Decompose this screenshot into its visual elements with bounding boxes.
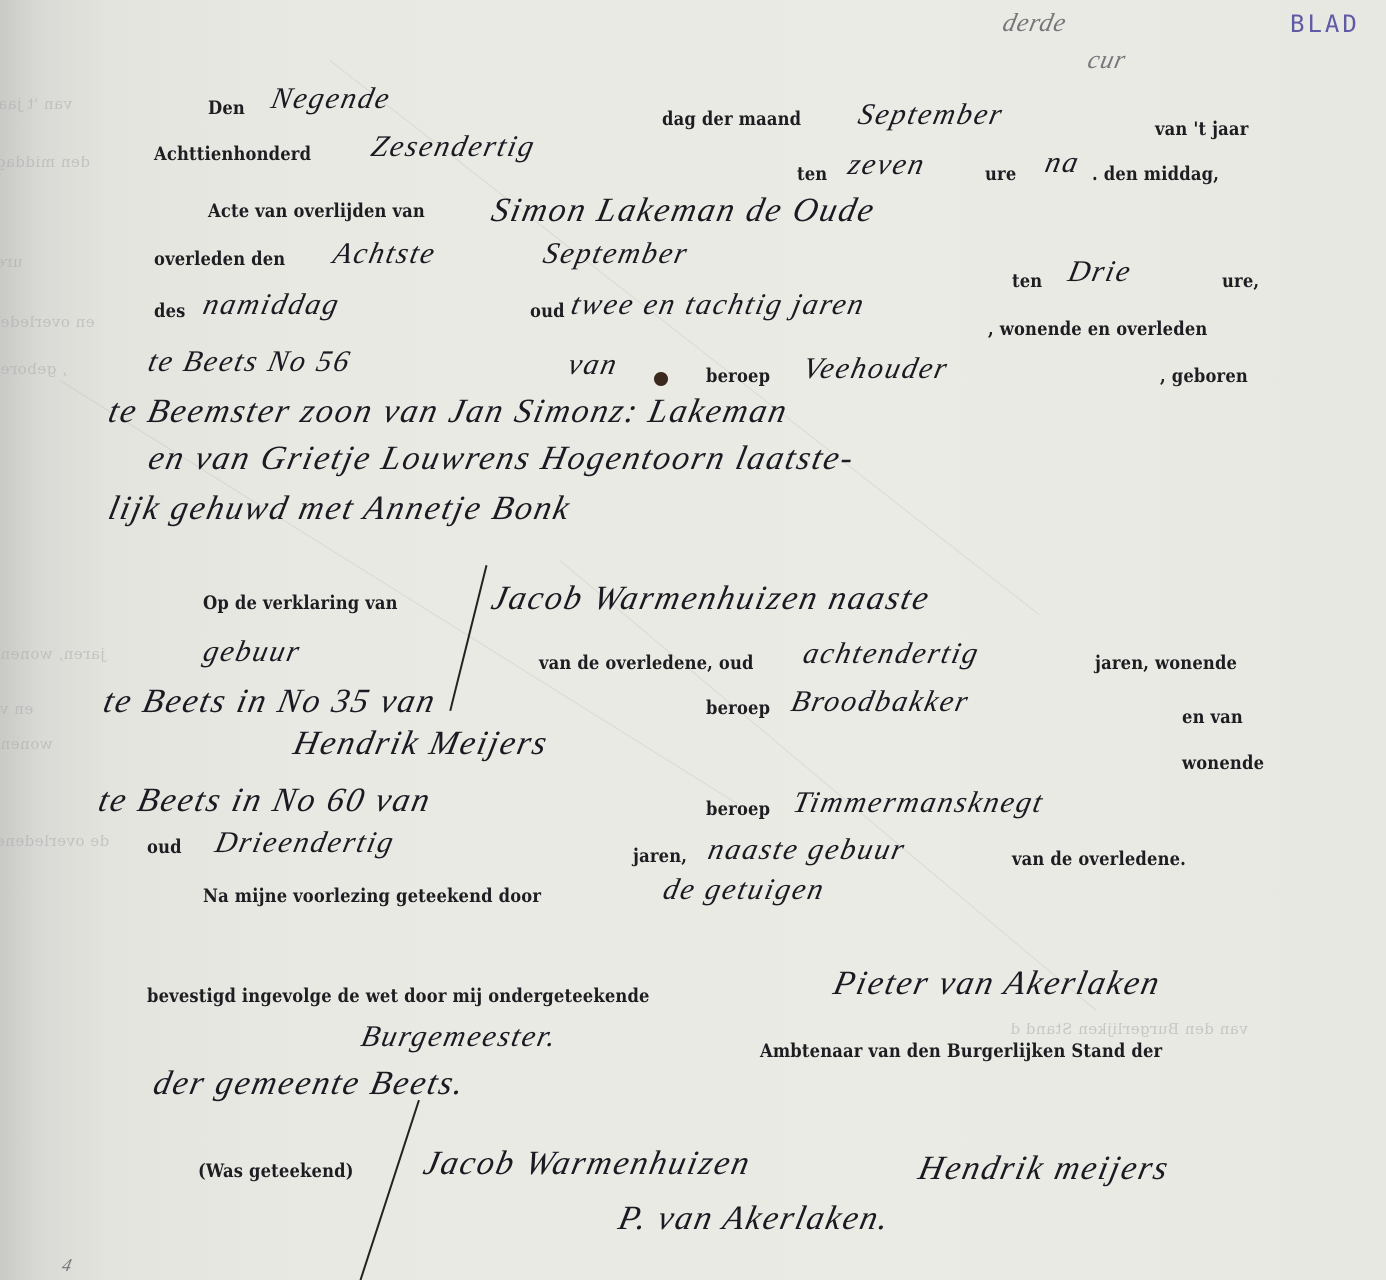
field-official-name: Pieter van Akerlaken [830,965,1164,1003]
field-hour: zeven [845,148,929,182]
margin-mark: 4 [60,1255,74,1276]
label-van-de-overledene: van de overledene. [1012,848,1186,870]
bleed-through-text: jaren, wonend [0,645,105,663]
label-beroep-3: beroep [706,798,770,820]
bleed-through-text: ure, [0,253,22,271]
flourish-stroke [359,1100,419,1280]
field-mother: en van Grietje Louwrens Hogentoorn laats… [145,440,858,478]
signature-official: P. van Akerlaken. [615,1200,894,1238]
certificate-page: van 't jaar den middag, ure, en overlede… [0,0,1386,1280]
field-deceased-name: Simon Lakeman de Oude [488,192,879,230]
label-oud: oud [530,300,565,322]
field-signed-by: de getuigen [660,873,828,907]
field-witness2-residence: te Beets in No 60 van [95,782,435,820]
label-ten-2: ten [1012,270,1042,292]
field-witness1-age: achtendertig [800,637,983,671]
label-achttienhonderd: Achttienhonderd [154,143,311,165]
field-witness2-occupation: Timmermansknegt [790,786,1047,820]
field-death-hour: Drie [1065,255,1135,289]
label-bevestigd: bevestigd ingevolge de wet door mij onde… [147,985,650,1007]
field-part-of-day: namiddag [200,288,343,322]
label-geboren: , geboren [1160,365,1248,387]
label-wonende: wonende [1182,752,1264,774]
field-month: September [855,98,1007,132]
bleed-through-text: en overleden [0,313,95,331]
label-den: Den [208,97,245,119]
field-witness2-relation: naaste gebuur [705,833,909,867]
field-witness2-name: Hendrik Meijers [290,725,552,763]
label-overleden-den: overleden den [154,248,285,270]
field-residence: te Beets No 56 [145,345,354,379]
label-ure-2: ure, [1222,270,1259,292]
field-death-month: September [540,237,692,271]
field-spouse: lijk gehuwd met Annetje Bonk [105,490,574,528]
label-jaren-wonende: jaren, wonende [1095,652,1237,674]
field-before-after: na [1042,146,1083,180]
bleed-through-text: de overledene. [0,832,109,850]
label-des: des [154,300,186,322]
field-witness1-occupation: Broodbakker [788,685,973,719]
label-beroep-2: beroep [706,697,770,719]
field-occupation: Veehouder [800,352,952,386]
flourish-stroke [449,565,487,711]
field-witness2-age: Drieendertig [212,826,398,860]
label-en-van: en van [1182,706,1243,728]
field-year: Zesendertig [368,130,539,164]
label-ure: ure [985,163,1016,185]
field-birthplace-parents: te Beemster zoon van Jan Simonz: Lakeman [105,393,792,431]
label-na-mijne-voorlezing: Na mijne voorlezing geteekend door [203,885,541,907]
ink-blot [654,372,668,386]
signature-witness1: Jacob Warmenhuizen [420,1145,755,1183]
label-van-de-overledene-oud: van de overledene, oud [539,652,754,674]
label-dag-der-maand: dag der maand [662,108,801,130]
field-age: twee en tachtig jaren [568,288,869,322]
label-acte-van-overlijden: Acte van overlijden van [208,200,425,222]
pencil-note-derde: derde [1000,8,1070,38]
label-jaren: jaren, [633,845,687,867]
signature-witness2: Hendrik meijers [915,1150,1173,1188]
field-day: Negende [268,82,394,116]
bleed-through-text: van den Burgerlijken Stand d [1010,1020,1248,1038]
field-municipality: der gemeente Beets. [150,1065,469,1103]
label-wonende-en-overleden: , wonende en overleden [988,318,1207,340]
field-residence-van: van [565,348,622,382]
label-ambtenaar: Ambtenaar van den Burgerlijken Stand der [760,1040,1162,1062]
label-beroep: beroep [706,365,770,387]
field-official-title: Burgemeester. [358,1020,561,1054]
bleed-through-text: den middag, [0,153,90,171]
bleed-through-text: en va [0,700,33,718]
bleed-through-text: van 't jaar [0,95,72,113]
pencil-note-cur: cur [1085,45,1129,75]
label-van-t-jaar: van 't jaar [1155,118,1248,140]
field-witness1-residence: te Beets in No 35 van [100,683,440,721]
label-was-geteekend: (Was geteekend) [198,1160,354,1182]
field-witness1-relation: gebuur [200,635,304,669]
field-witness1-name: Jacob Warmenhuizen naaste [488,580,934,618]
label-den-middag: . den middag, [1092,163,1219,185]
field-death-day: Achtste [330,237,440,271]
bleed-through-text: , geboren [0,360,67,378]
label-oud-2: oud [147,836,182,858]
label-op-de-verklaring-van: Op de verklaring van [203,592,398,614]
bleed-through-text: wonend [0,735,53,753]
label-ten: ten [797,163,827,185]
blad-stamp: BLAD [1290,10,1360,38]
